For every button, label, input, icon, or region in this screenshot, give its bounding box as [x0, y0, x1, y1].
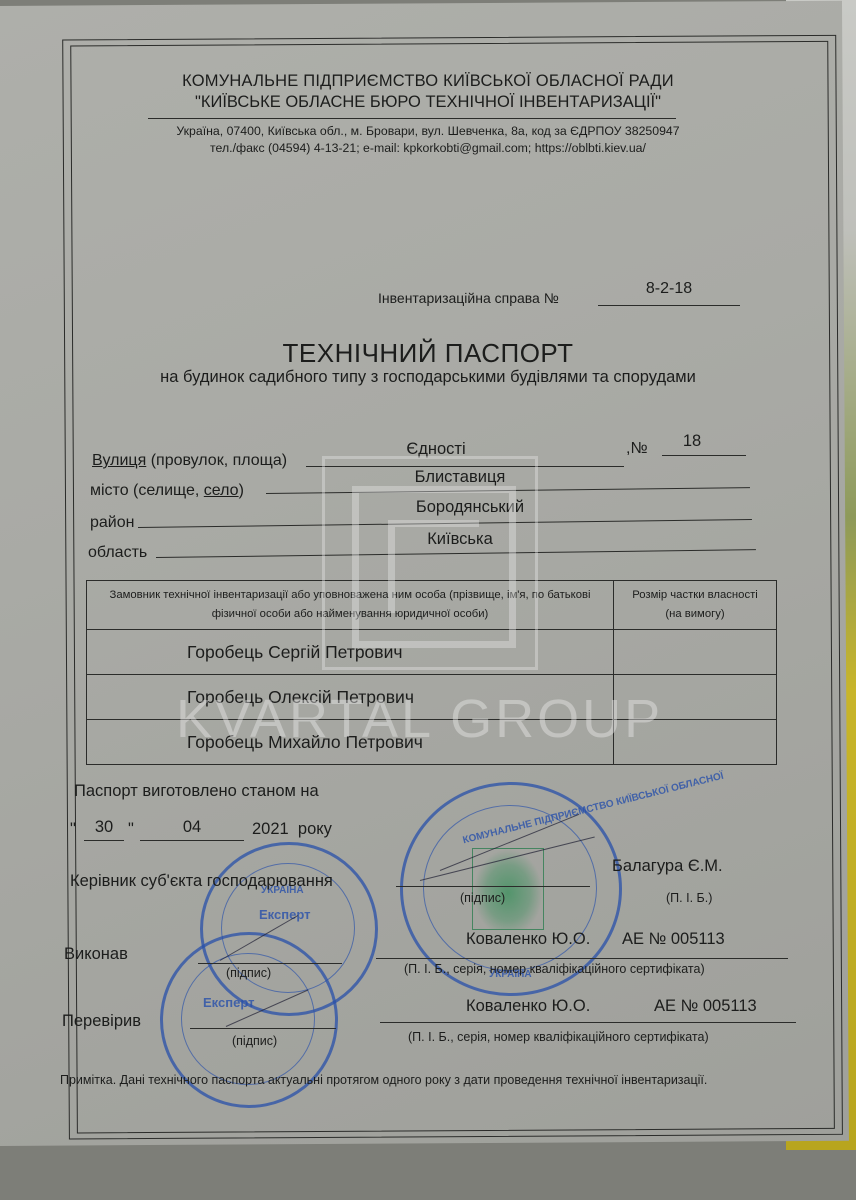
number-value: 18: [662, 432, 722, 451]
number-label: ,№: [626, 440, 648, 458]
date-day: 30: [84, 818, 124, 837]
head-signature-caption: (підпис): [460, 891, 505, 905]
executor-signature-line: [198, 963, 342, 964]
city-label: місто (селище, село): [90, 482, 244, 500]
executor-signature-caption: (підпис): [226, 966, 271, 980]
case-number-label: Інвентаризаційна справа №: [378, 290, 559, 306]
checker-certificate: АЕ № 005113: [654, 997, 757, 1016]
region-label: область: [88, 544, 147, 562]
number-line: [662, 455, 746, 456]
date-year: 2021 року: [252, 820, 332, 839]
date-quote-open: ": [70, 820, 76, 839]
organization-address: Україна, 07400, Київська обл., м. Бровар…: [0, 124, 856, 138]
header-share: Розмір частки власності (на вимогу): [614, 581, 777, 630]
date-day-line: [84, 840, 124, 841]
checker-name-line: [380, 1022, 796, 1023]
executor-name: Коваленко Ю.О.: [466, 930, 590, 949]
owner-share: [614, 630, 777, 675]
executor-label: Виконав: [64, 945, 128, 964]
district-label: район: [90, 514, 134, 532]
checker-signature-caption: (підпис): [232, 1034, 277, 1048]
header-divider: [148, 118, 676, 119]
executor-name-line: [376, 958, 788, 959]
organization-contacts: тел./факс (04594) 4-13-21; e-mail: kpkor…: [0, 141, 856, 155]
document-subtitle: на будинок садибного типу з господарськи…: [0, 368, 856, 387]
date-month: 04: [140, 818, 244, 837]
executor-name-caption: (П. І. Б., серія, номер кваліфікаційного…: [404, 962, 705, 976]
date-quote-close: ": [128, 820, 134, 839]
coat-of-arms-emblem: [472, 848, 544, 930]
watermark-logo-glyph: [388, 520, 479, 613]
head-name: Балагура Є.М.: [612, 857, 723, 876]
expert-stamp-title: Експерт: [259, 907, 310, 922]
organization-name-line2: "КИЇВСЬКЕ ОБЛАСНЕ БЮРО ТЕХНІЧНОЇ ІНВЕНТА…: [0, 93, 856, 112]
document-title: ТЕХНІЧНИЙ ПАСПОРТ: [0, 338, 856, 369]
expert-stamp-title-lower: Експерт: [203, 995, 254, 1010]
checker-label: Перевірив: [62, 1012, 141, 1031]
date-month-line: [140, 840, 244, 841]
head-name-caption: (П. І. Б.): [666, 891, 712, 905]
head-signature-line: [396, 886, 590, 887]
validity-note: Примітка. Дані технічного паспорта актуа…: [60, 1073, 707, 1087]
watermark-text: KVARTAL GROUP: [176, 688, 663, 750]
checker-name-caption: (П. І. Б., серія, номер кваліфікаційного…: [408, 1030, 709, 1044]
date-label: Паспорт виготовлено станом на: [74, 782, 319, 801]
case-number-value: 8-2-18: [598, 280, 740, 298]
executor-certificate: АЕ № 005113: [622, 930, 725, 949]
checker-signature-line: [190, 1028, 336, 1029]
street-label: Вулиця (провулок, площа): [92, 452, 287, 470]
checker-name: Коваленко Ю.О.: [466, 997, 590, 1016]
organization-name-line1: КОМУНАЛЬНЕ ПІДПРИЄМСТВО КИЇВСЬКОЇ ОБЛАСН…: [0, 72, 856, 91]
head-label: Керівник суб'єкта господарювання: [70, 872, 333, 891]
case-number-line: [598, 305, 740, 306]
